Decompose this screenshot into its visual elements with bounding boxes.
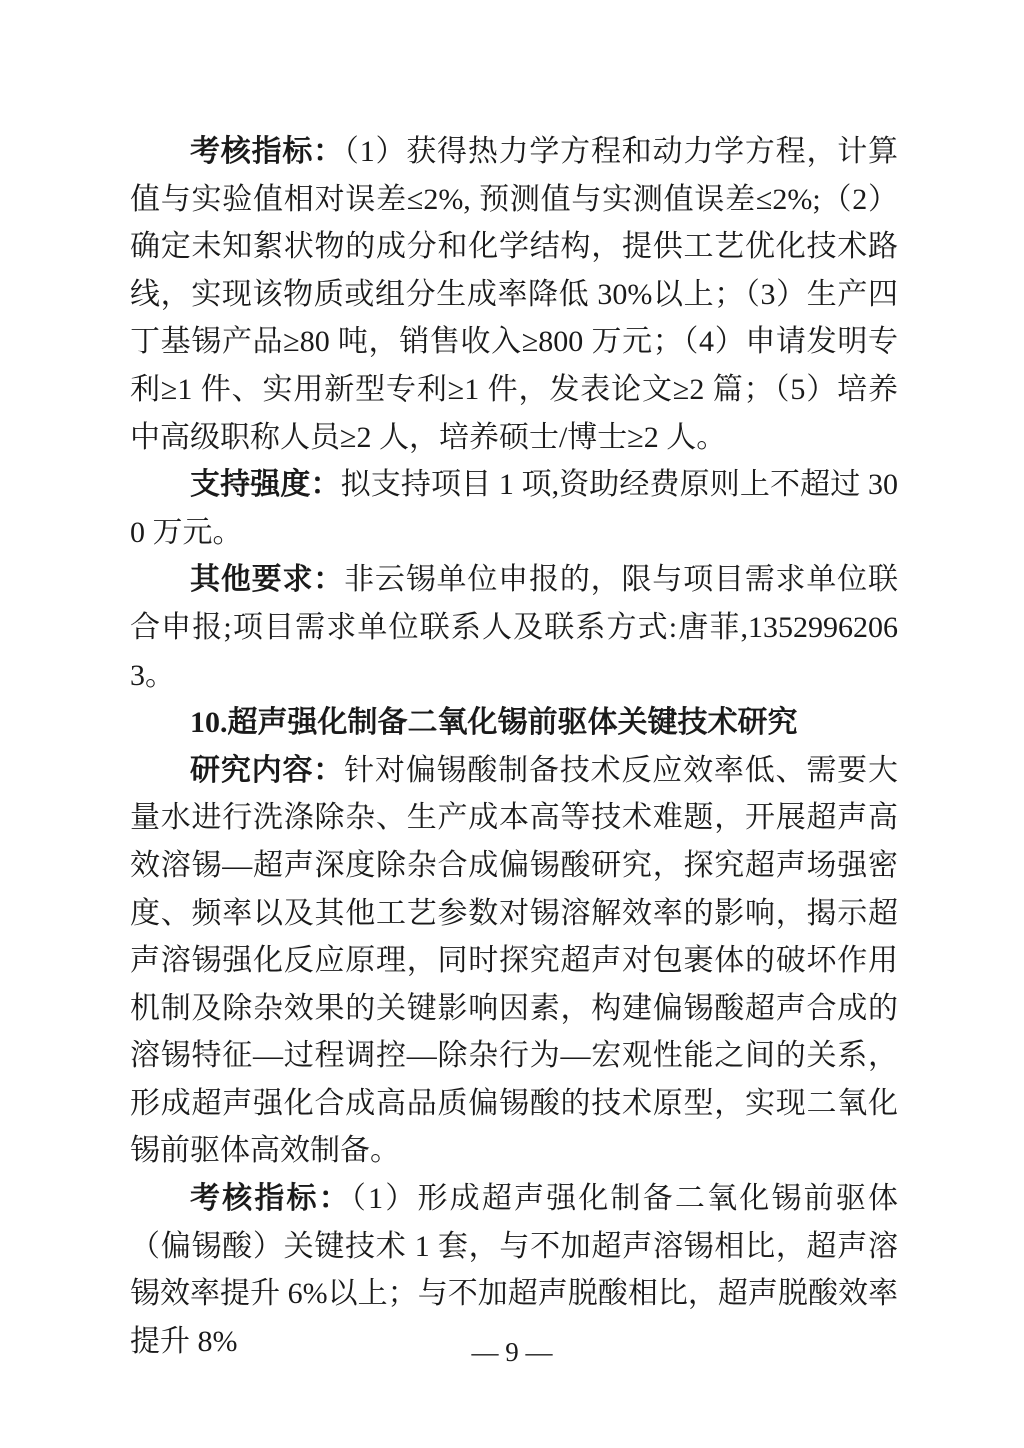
- document-body: 考核指标：（1）获得热力学方程和动力学方程，计算值与实验值相对误差≤2%, 预测…: [130, 128, 898, 1365]
- para-support-strength: 支持强度：拟支持项目 1 项,资助经费原则上不超过 300 万元。: [130, 461, 898, 556]
- page-number: — 9 —: [0, 1336, 1024, 1368]
- para-label-research-content: 研究内容：: [190, 754, 344, 787]
- section-heading-10: 10.超声强化制备二氧化锡前驱体关键技术研究: [130, 699, 898, 747]
- para-label-support-strength: 支持强度：: [190, 468, 341, 501]
- para-text-research-content: 针对偏锡酸制备技术反应效率低、需要大量水进行洗涤除杂、生产成本高等技术难题，开展…: [130, 754, 898, 1168]
- para-label-assessment-indicators-2: 考核指标：: [190, 1182, 351, 1215]
- para-research-content: 研究内容：针对偏锡酸制备技术反应效率低、需要大量水进行洗涤除杂、生产成本高等技术…: [130, 747, 898, 1175]
- document-page: 考核指标：（1）获得热力学方程和动力学方程，计算值与实验值相对误差≤2%, 预测…: [0, 0, 1024, 1448]
- para-label-assessment-indicators-1: 考核指标：: [190, 135, 344, 168]
- para-text-assessment-indicators-1: （1）获得热力学方程和动力学方程，计算值与实验值相对误差≤2%, 预测值与实测值…: [130, 135, 898, 454]
- para-assessment-indicators-1: 考核指标：（1）获得热力学方程和动力学方程，计算值与实验值相对误差≤2%, 预测…: [130, 128, 898, 461]
- para-other-requirements: 其他要求：非云锡单位申报的，限与项目需求单位联合申报;项目需求单位联系人及联系方…: [130, 556, 898, 699]
- section-heading-10-title: 10.超声强化制备二氧化锡前驱体关键技术研究: [190, 706, 798, 739]
- para-label-other-requirements: 其他要求：: [190, 563, 344, 596]
